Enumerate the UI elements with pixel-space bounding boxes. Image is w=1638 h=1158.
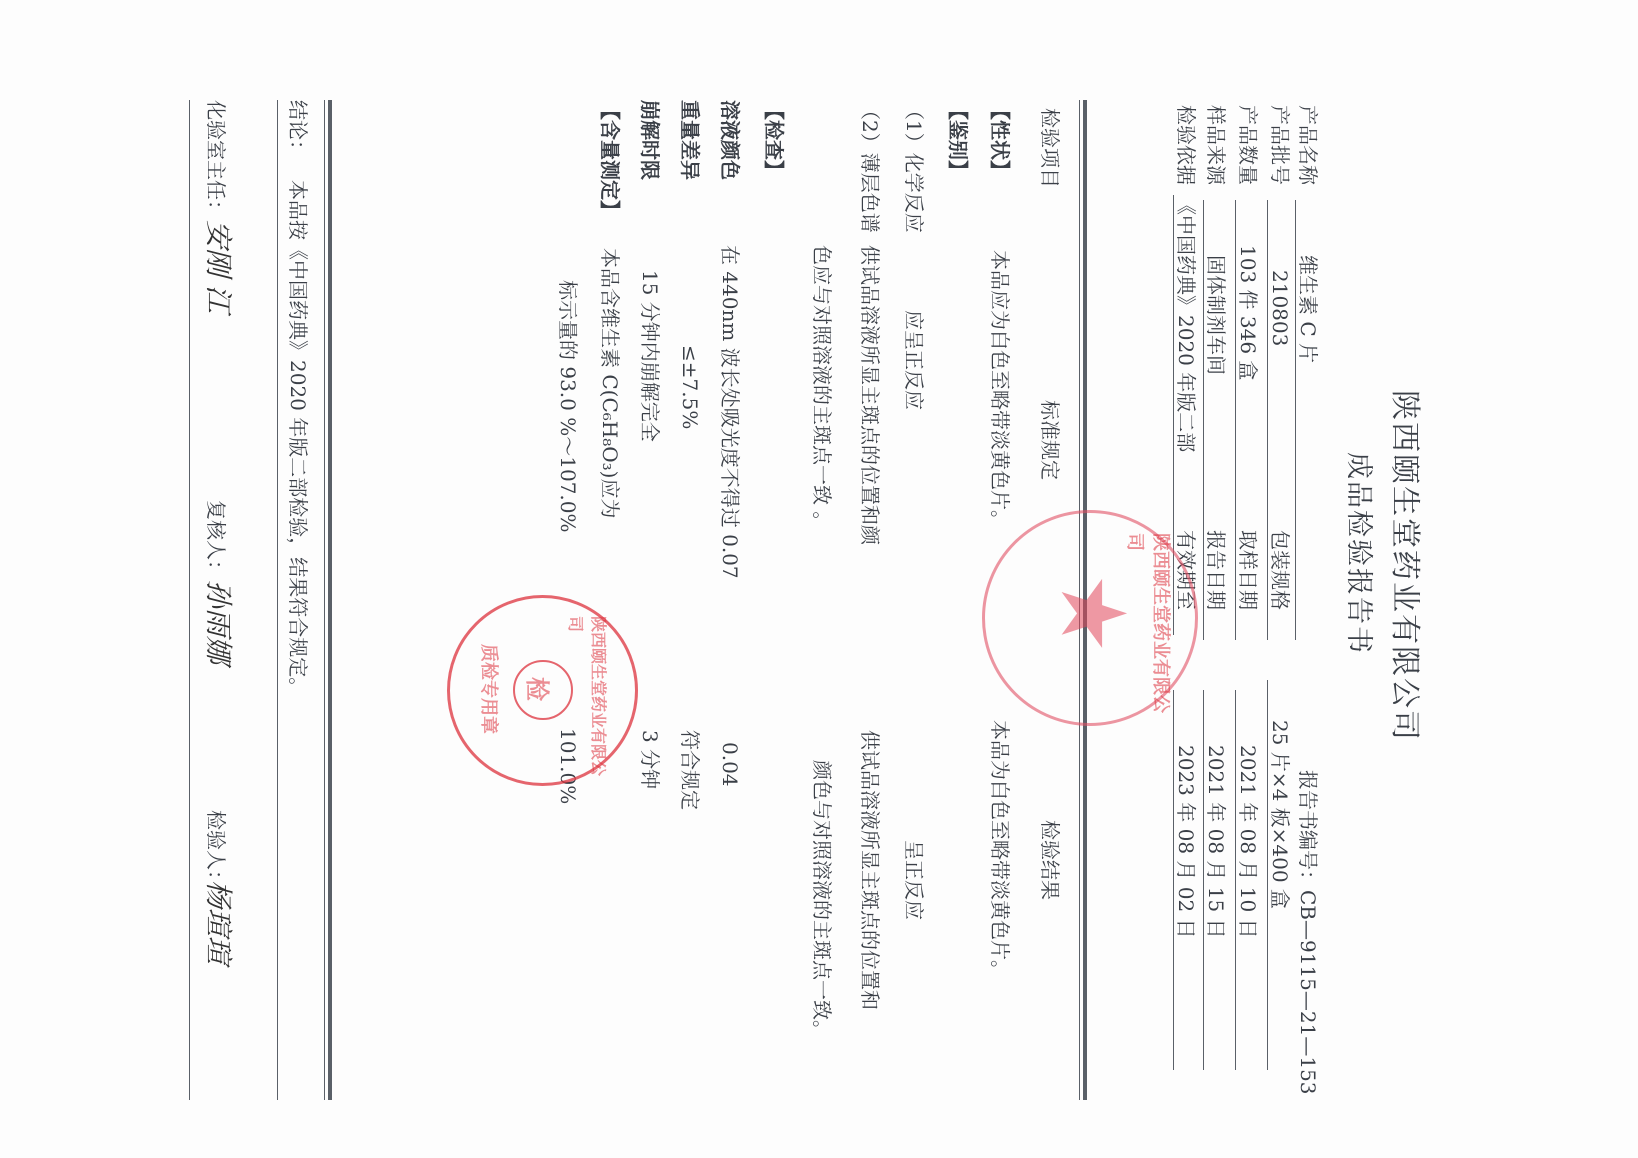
tlc-spec-line1: 供试品溶液所显主斑点的位置和颜 xyxy=(858,245,882,545)
col-header-item: 检验项目 xyxy=(1038,108,1062,188)
field-underline xyxy=(1267,680,1268,1070)
package-value: 25 片×4 板×400 盒 xyxy=(1268,720,1292,909)
report-page: 陕西颐生堂药业有限公司 成品检验报告书 报告书编号：CB—9115—21—153… xyxy=(0,0,1638,1158)
product-name-label: 产品名称 xyxy=(1296,105,1320,185)
product-name-value: 维生素 C 片 xyxy=(1296,255,1320,363)
solution-color-result: 0.04 xyxy=(718,742,742,787)
qc-seal-top-text: 陕西颐生堂药业有限公司 xyxy=(565,616,611,783)
conclusion-text: 本品按《中国药典》2020 年版二部检验，结果符合规定。 xyxy=(286,180,310,697)
solution-color-spec: 在 440nm 波长处吸光度不得过 0.07 xyxy=(718,245,742,579)
test-tlc: （2）薄层色谱 xyxy=(858,100,882,233)
company-seal: ★ 陕西颐生堂药业有限公司 xyxy=(982,510,1198,726)
report-title: 成品检验报告书 xyxy=(1346,452,1370,655)
inspector-label: 检验人： xyxy=(204,810,228,890)
assay-spec-line2: 标示量的 93.0 %～107.0% xyxy=(556,280,580,533)
tlc-spec-line2: 色应与对照溶液的主斑点一致 。 xyxy=(810,245,834,531)
appearance-spec: 本品应为白色至略带淡黄色片。 xyxy=(988,250,1012,530)
assay-spec-line1: 本品含维生素 C(C₆H₈O₃)应为 xyxy=(598,248,622,518)
sampling-date-value: 2021 年 08 月 10 日 xyxy=(1236,745,1260,939)
source-value: 固体制剂车间 xyxy=(1204,255,1228,375)
appearance-result: 本品为白色至略带淡黄色片。 xyxy=(988,720,1012,980)
director-label: 化验室主任： xyxy=(204,100,228,220)
report-date-value: 2021 年 08 月 15 日 xyxy=(1204,745,1228,939)
test-chemical: （1）化学反应 xyxy=(902,100,926,233)
section-appearance: 【性状】 xyxy=(988,100,1012,180)
report-number: 报告书编号：CB—9115—21—153 xyxy=(1296,770,1320,1095)
col-header-spec: 标准规定 xyxy=(1038,400,1062,480)
field-underline xyxy=(1235,690,1236,1070)
qc-seal-bottom-text: 质检专用章 xyxy=(477,644,503,734)
field-underline xyxy=(1203,690,1204,1070)
section-tests: 【检查】 xyxy=(762,100,786,180)
basis-label: 检验依据 xyxy=(1174,105,1198,185)
basis-value: 《中国药典》2020 年版二部 xyxy=(1174,195,1198,452)
company-name: 陕西颐生堂药业有限公司 xyxy=(1392,390,1416,742)
test-disintegration: 崩解时限 xyxy=(638,100,662,180)
report-date-label: 报告日期 xyxy=(1204,530,1228,610)
qc-seal-center-text: 检 xyxy=(522,677,557,701)
table-bottom-rule xyxy=(328,100,332,1100)
qc-seal: 陕西颐生堂药业有限公司 检 质检专用章 xyxy=(447,595,638,786)
field-underline xyxy=(1173,690,1174,1070)
tlc-result-line1: 供试品溶液所显主斑点的位置和 xyxy=(858,730,882,1010)
chemical-spec: 应呈正反应 xyxy=(902,310,926,410)
reviewer-label: 复核人： xyxy=(204,500,228,580)
signature-rule xyxy=(189,100,190,1100)
tlc-result-line2: 颜色与对照溶液的主斑点一致。 xyxy=(810,760,834,1040)
quantity-value: 103 件 346 盒 xyxy=(1236,245,1260,380)
disintegration-result: 3 分钟 xyxy=(638,730,662,789)
reviewer-signature: 孙雨娜 xyxy=(200,580,240,664)
conclusion-rule xyxy=(277,100,278,1100)
test-solution-color: 溶液颜色 xyxy=(718,100,742,180)
sampling-date-label: 取样日期 xyxy=(1236,530,1260,610)
weight-variation-result: 符合规定 xyxy=(678,730,702,810)
disintegration-spec: 15 分钟内崩解完全 xyxy=(638,270,662,442)
chemical-result: 呈正反应 xyxy=(902,840,926,920)
col-header-result: 检验结果 xyxy=(1038,820,1062,900)
conclusion-label: 结论： xyxy=(286,100,310,160)
inspector-signature: 杨瑄瑄 xyxy=(200,880,240,964)
report-number-value: CB—9115—21—153 xyxy=(1296,890,1320,1095)
weight-variation-spec: ≤±7.5% xyxy=(678,345,702,429)
qc-seal-inner-ring: 检 xyxy=(513,660,573,720)
section-identification: 【鉴别】 xyxy=(946,100,970,180)
company-seal-text: 陕西颐生堂药业有限公司 xyxy=(1123,533,1175,723)
batch-value: 210803 xyxy=(1268,270,1292,346)
section-assay: 【含量测定】 xyxy=(598,100,622,220)
director-signature: 安刚 江 xyxy=(200,220,240,313)
test-weight-variation: 重量差异 xyxy=(678,100,702,180)
quantity-label: 产品数量 xyxy=(1236,105,1260,185)
report-number-label: 报告书编号： xyxy=(1296,770,1320,890)
batch-label: 产品批号 xyxy=(1268,105,1292,185)
expiry-value: 2023 年 08 月 02 日 xyxy=(1174,745,1198,939)
table-bottom-rule-thin xyxy=(324,100,325,1100)
source-label: 样品来源 xyxy=(1204,105,1228,185)
package-label: 包装规格 xyxy=(1268,530,1292,610)
field-underline xyxy=(1295,200,1296,640)
